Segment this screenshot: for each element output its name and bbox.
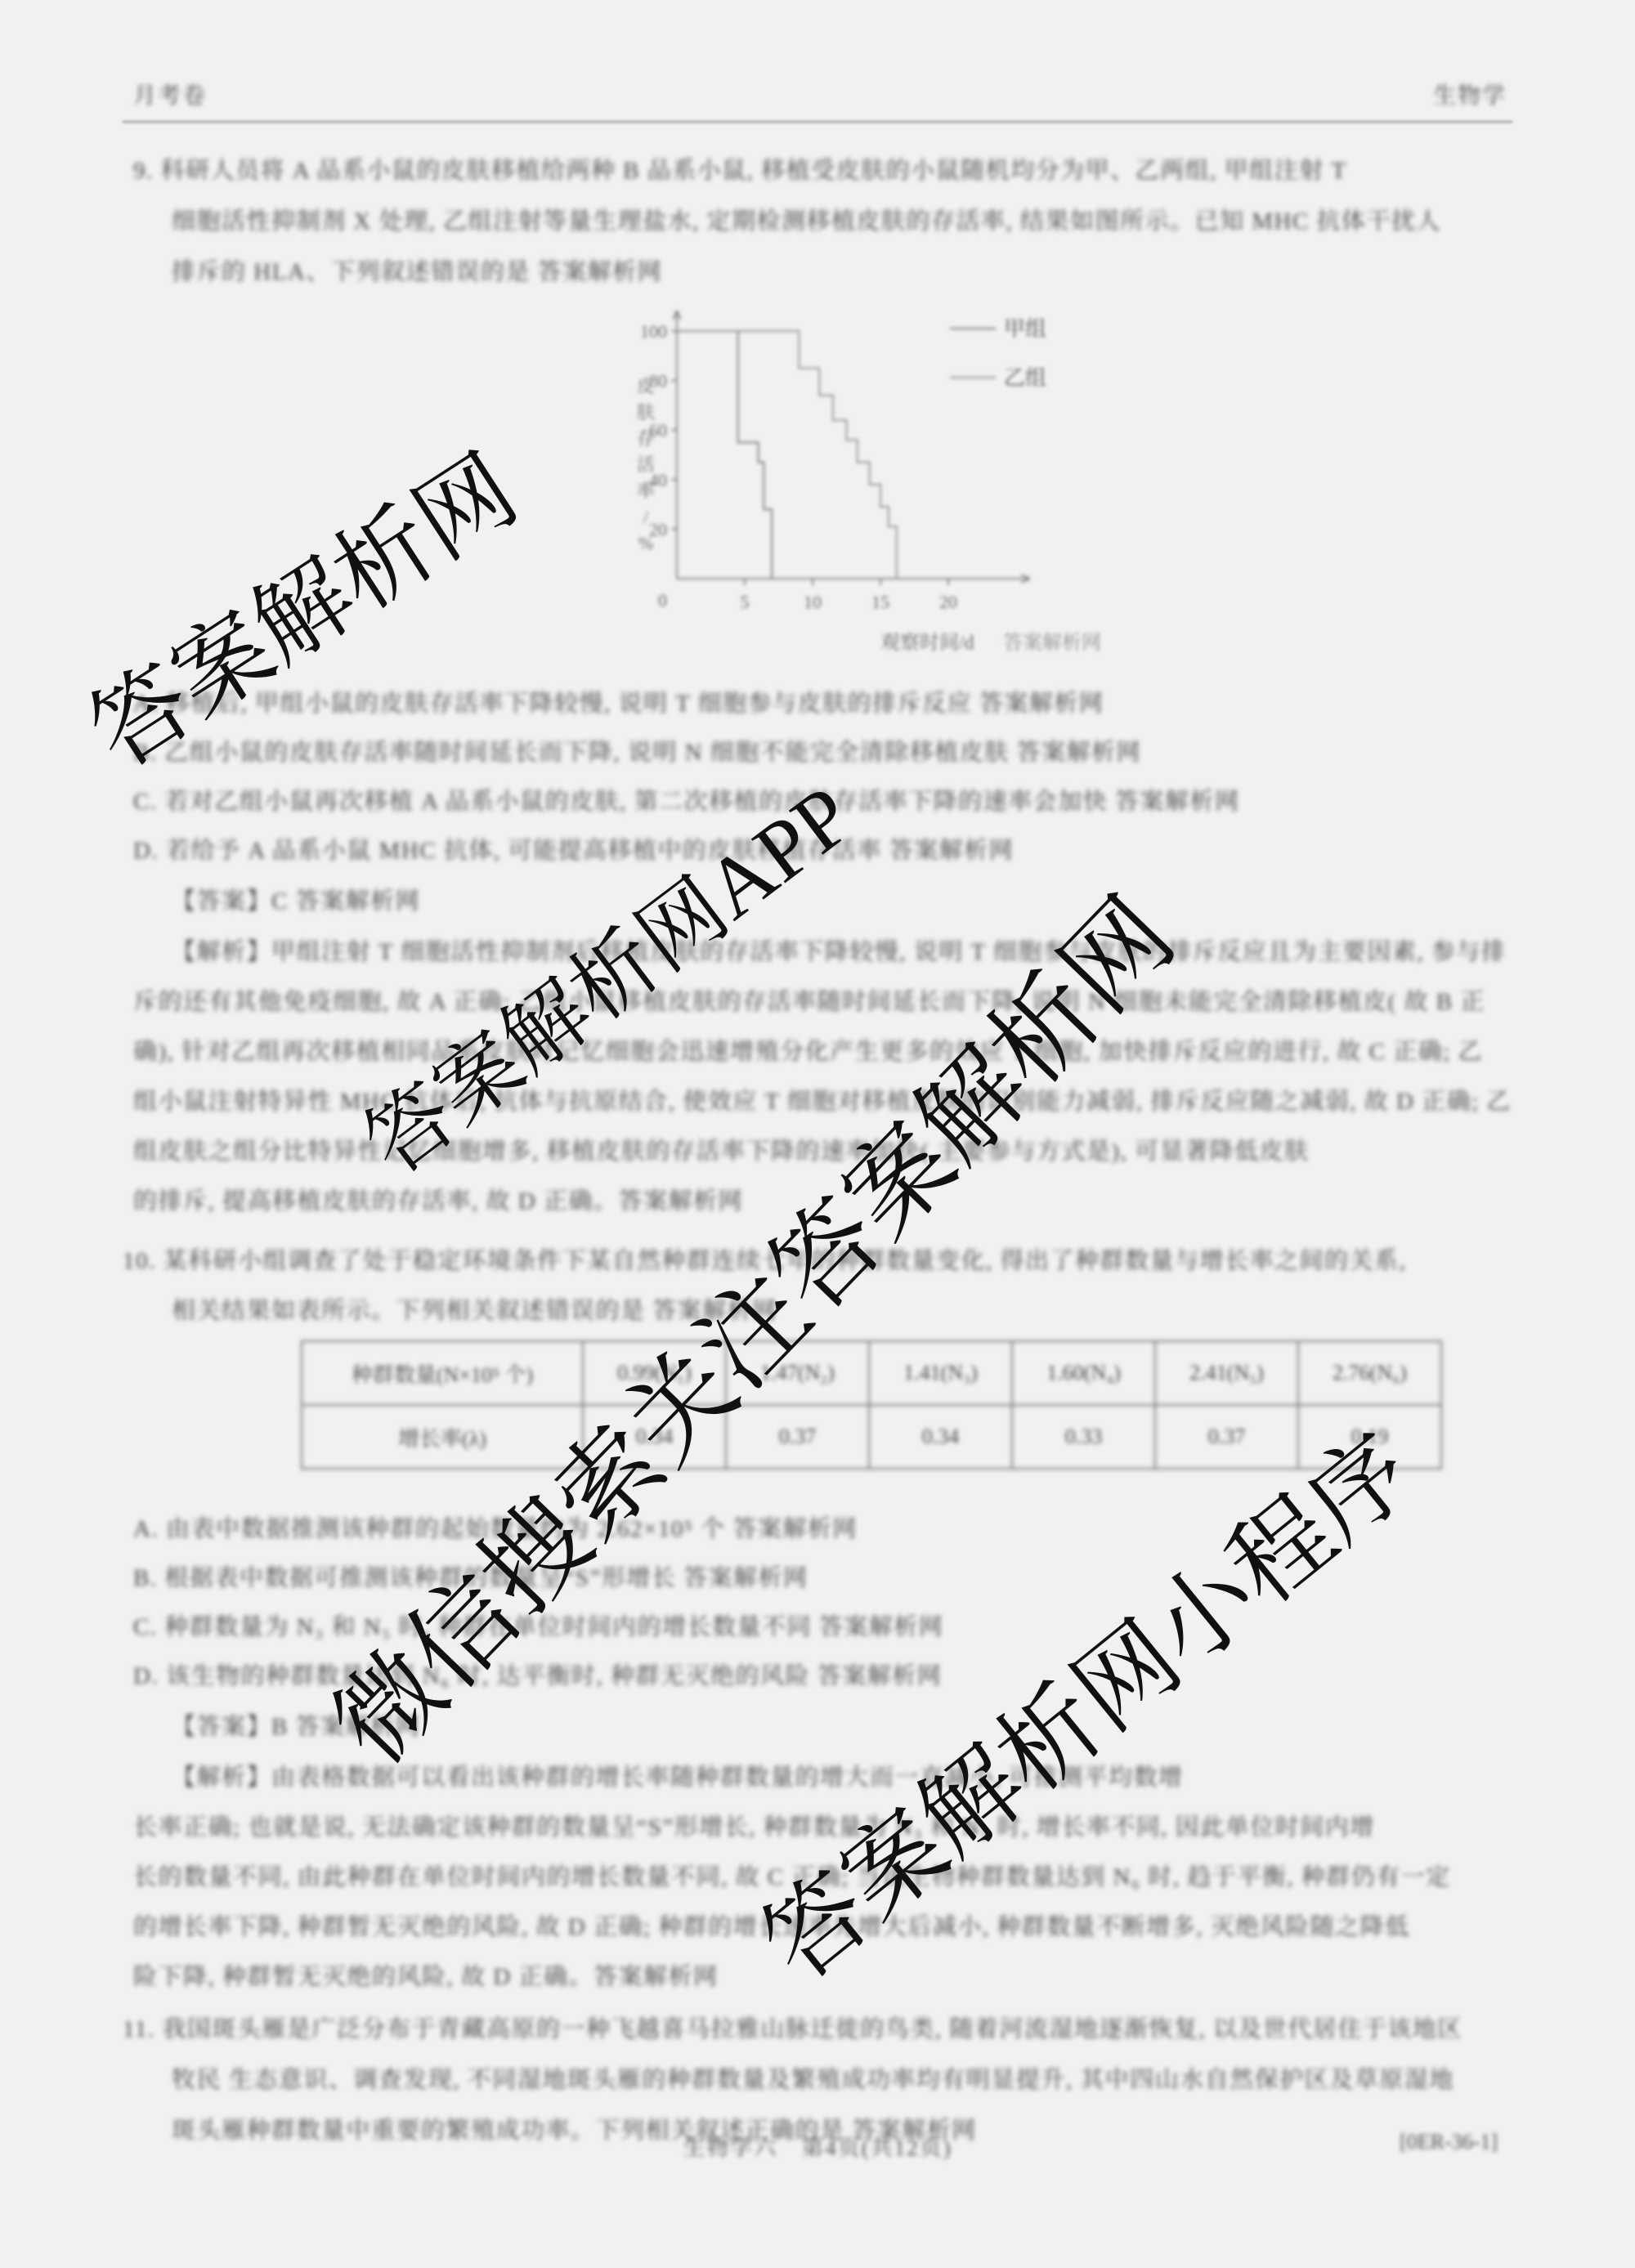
header-rule [123,121,1512,123]
q10-analysis-line-2: 长率正确; 也就是说, 无法确定该种群的数量呈“S”形增长, 种群数量为 N₃ … [133,1809,1375,1842]
q11-stem-line-1: 11. 我国斑头雁是广泛分布于青藏高原的一种飞越喜马拉雅山脉迁徙的鸟类, 随着河… [123,2011,1463,2044]
svg-text:肤: 肤 [637,402,655,423]
table-value-cell: 0.34 [869,1405,1012,1469]
table-value-cell: 0.33 [1012,1405,1155,1469]
svg-text:乙组: 乙组 [1004,366,1046,390]
q11-stem-line-2: 牧民 生态意识、调查发现, 不同湿地斑头雁的种群数量及繁殖成功率均有明显提升, … [172,2061,1454,2095]
svg-text:答案解析网: 答案解析网 [1003,632,1101,654]
table-header-cell: 2.41(N₅) [1155,1341,1298,1405]
footer-page-number: 生物学六 第4页(共12页) [0,2130,1635,2162]
table-header-cell: 1.41(N₃) [869,1341,1012,1405]
svg-text:100: 100 [640,321,667,342]
header-right: 生物学 [1433,78,1507,110]
svg-text:20: 20 [939,592,957,612]
svg-text:甲组: 甲组 [1004,317,1046,341]
q10-option-d: D. 该生物的种群数量达到 N₆ 时, 达平衡时, 种群无灭绝的风险 答案解析网 [133,1657,942,1691]
svg-text:/: / [643,507,649,527]
q9-analysis-line-5: 组皮肤之组分比特异性记忆细胞增多, 移植皮肤的存活率下降的速率加快( 主要参与方… [133,1133,1310,1166]
q9-answer: 【答案】C 答案解析网 [172,883,420,916]
table-header-cell: 种群数量(N×10⁵ 个) [302,1341,583,1405]
q9-analysis-line-2: 斥的还有其他免疫细胞, 故 A 正确; 乙组小鼠移植皮肤的存活率随时间延长而下降… [133,983,1485,1017]
q9-analysis-line-6: 的排斥, 提高移植皮肤的存活率, 故 D 正确。答案解析网 [133,1183,743,1216]
series-乙组 [677,331,897,579]
svg-text:10: 10 [804,592,822,612]
q9-option-b: B. 乙组小鼠的皮肤存活率随时间延长而下降, 说明 N 细胞不能完全清除移植皮肤… [133,734,1141,767]
svg-text:率: 率 [637,481,655,501]
svg-text:活: 活 [637,454,655,475]
table-header-cell: 2.76(N₆) [1298,1341,1441,1405]
q9-stem-line-3: 排斥的 HLA、下列叙述错误的是 答案解析网 [172,253,662,287]
svg-text:皮: 皮 [637,376,655,396]
q9-analysis-line-3: 确), 针对乙组再次移植相同品系皮肤时记忆细胞会迅速增殖分化产生更多的效应 T … [133,1033,1483,1067]
q9-analysis-line-1: 【解析】甲组注射 T 细胞活性抑制剂后移植皮肤的存活率下降较慢, 说明 T 细胞… [172,933,1506,967]
survival-rate-chart: 2040608010051015200皮肤存活率/%观察时间/d 答案解析网甲组… [629,294,1185,678]
q9-option-c: C. 若对乙组小鼠再次移植 A 品系小鼠的皮肤, 第二次移植的皮肤存活率下降的速… [133,783,1239,816]
q10-analysis-line-5: 险下降, 种群暂无灭绝的风险, 故 D 正确。答案解析网 [133,1958,718,1992]
svg-text:观察时间/d: 观察时间/d [880,632,974,654]
q9-stem-line-1: 9. 科研人员将 A 品系小鼠的皮肤移植给两种 B 品系小鼠, 移植受皮肤的小鼠… [133,152,1347,186]
svg-text:15: 15 [871,592,889,612]
header-left: 月考卷 [133,78,207,110]
q9-stem-line-2: 细胞活性抑制剂 X 处理, 乙组注射等量生理盐水, 定期检测移植皮肤的存活率, … [172,203,1441,236]
exam-answer-page: 月考卷 生物学 9. 科研人员将 A 品系小鼠的皮肤移植给两种 B 品系小鼠, … [0,0,1635,2268]
survival-chart-svg: 2040608010051015200皮肤存活率/%观察时间/d 答案解析网甲组… [629,294,1185,678]
footer-code: [0ER-36-1] [1400,2130,1498,2154]
watermark-app: 答案解析网APP [335,749,873,1197]
table-header-row: 种群数量(N×10⁵ 个) 0.99(N₁) 1.47(N₂) 1.41(N₃)… [302,1341,1441,1405]
table-header-cell: 1.60(N₄) [1012,1341,1155,1405]
svg-text:存: 存 [637,428,655,449]
q9-option-d: D. 若给予 A 品系小鼠 MHC 抗体, 可能提高移植中的皮肤移植存活率 答案… [133,832,1014,866]
svg-text:5: 5 [741,592,750,612]
population-data-table: 种群数量(N×10⁵ 个) 0.99(N₁) 1.47(N₂) 1.41(N₃)… [301,1340,1442,1470]
svg-text:%: % [638,533,653,553]
svg-text:0: 0 [658,590,667,611]
series-甲组 [677,331,772,579]
